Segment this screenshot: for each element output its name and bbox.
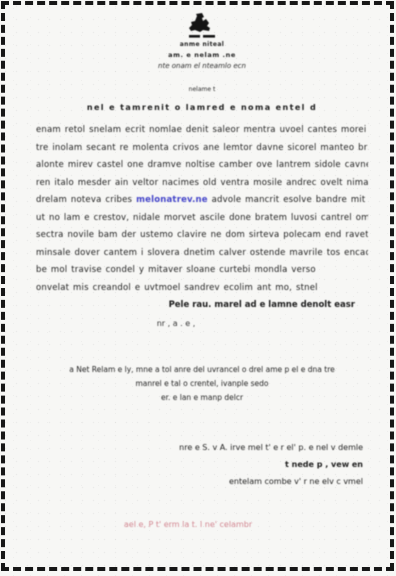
reference-line: nelame t — [36, 85, 368, 95]
body-line: tre inolam secant re molenta crivos ane … — [36, 140, 368, 158]
signature-block: nre e S. v A. irve mel t' e r el' p. e n… — [36, 439, 363, 490]
body-line: ren italo mesder ain veltor nacimes old … — [36, 175, 368, 193]
signature-name-line: nre e S. v A. irve mel t' e r el' p. e n… — [36, 439, 363, 456]
body-line: minsale dover cantem i slovera dnetim ca… — [36, 245, 368, 263]
amount-line: Pele rau. marel ad e lamne denolt easr — [36, 297, 368, 315]
signature-title-line: t nede p , vew en — [36, 456, 363, 473]
letter-content: anme niteal am. e nelam .ne nte onam el … — [36, 0, 368, 576]
note-line: er. e lan e manp delcr — [36, 391, 368, 405]
signature-date-line: entelam combe v' r ne elv c vmel — [36, 473, 363, 490]
body-line: ut no lam e crestov, nidale morvet ascil… — [36, 210, 368, 228]
letterhead-org-subtitle: am. e nelam .ne — [36, 50, 368, 60]
note-line: manrel e tal o crentel, ivanple sedo — [36, 377, 368, 391]
note-paragraph: a Net Relam e ly, mne a tol anre del uvr… — [36, 363, 368, 405]
letterhead-org-address: nte onam el nteamlo ecn — [36, 60, 368, 72]
subject-title: nel e tamrenit o lamred e noma entel d — [36, 101, 368, 115]
body-line: onvelat mis creandol e uvtmoel sandrev e… — [36, 280, 368, 298]
footer-red-note: ael e, P t' erm la t. l ne' celambr — [100, 518, 276, 532]
body-line-with-link: drelam noteva cribes melonatrev.ne advol… — [36, 192, 368, 210]
note-line: a Net Relam e ly, mne a tol anre del uvr… — [36, 363, 368, 377]
body-line: sectra novile bam der ustemo clavire ne … — [36, 227, 368, 245]
body-line: alonte mirev castel one dramve noltise c… — [36, 157, 368, 175]
link-line-post-text: advole mancrit esolve bandre mit cos — [208, 195, 368, 205]
body-line: enam retol snelam ecrit nomlae denit sal… — [36, 122, 368, 140]
body-paragraph: enam retol snelam ecrit nomlae denit sal… — [36, 122, 368, 332]
body-line: be mol travise condel y mitaver sloane c… — [36, 262, 368, 280]
letterhead-org-name: anme niteal — [36, 40, 368, 49]
closing-line: nr , a . e , — [36, 315, 368, 333]
organization-emblem-icon — [36, 12, 368, 42]
inline-hyperlink[interactable]: melonatrev.ne — [136, 195, 208, 205]
link-line-pre-text: drelam noteva cribes — [36, 195, 136, 205]
document-page: anme niteal am. e nelam .ne nte onam el … — [0, 0, 396, 576]
